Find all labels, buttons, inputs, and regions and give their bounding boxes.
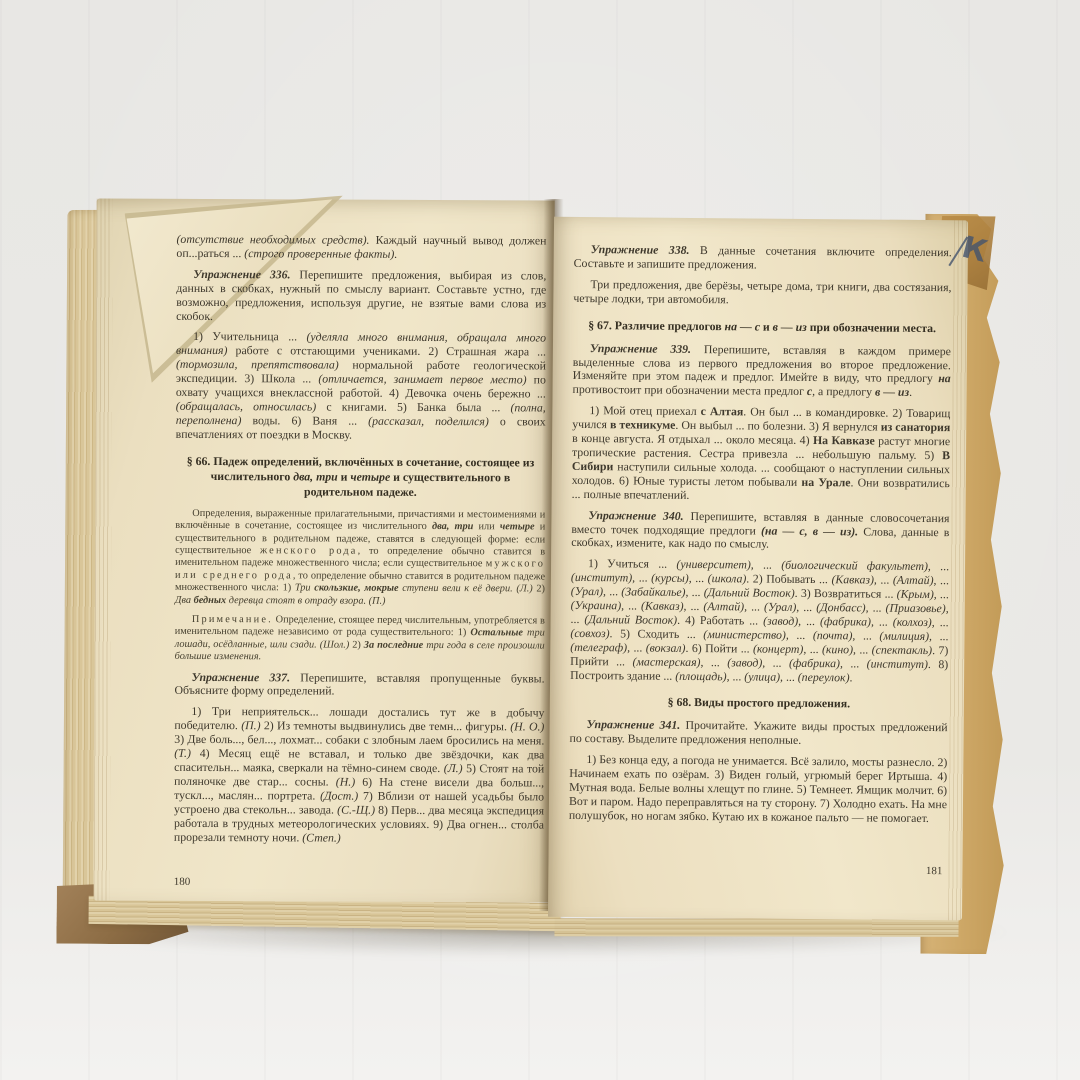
photo-background: (отсутствие необходимых средств). Каждый… <box>0 0 1080 1080</box>
exercise-340-instructions: Упражнение 340. Перепишите, вставляя в д… <box>571 509 949 554</box>
continuation-paragraph: (отсутствие необходимых средств). Каждый… <box>176 233 546 262</box>
section-68-heading: § 68. Виды простого предложения. <box>574 694 944 712</box>
exercise-337-instructions: Упражнение 337. Перепишите, вставляя про… <box>175 670 545 699</box>
exercise-341-items: 1) Без конца еду, а погода не унимается.… <box>569 753 948 826</box>
exercise-337-items: 1) Три неприятельск... лошади достались … <box>174 705 545 846</box>
section-66-note: Примечание. Определение, стоящее перед ч… <box>175 614 545 665</box>
page-number-right: 181 <box>926 865 945 877</box>
section-67-heading: § 67. Различие предлогов на — с и в — из… <box>577 318 947 336</box>
exercise-340-items: 1) Учиться ... (университет), ... (биоло… <box>570 557 949 685</box>
exercise-338-instructions: Упражнение 338. В данные сочетания включ… <box>574 243 952 274</box>
exercise-336-instructions: Упражнение 336. Перепишите предложения, … <box>176 268 546 325</box>
section-66-rule: Определения, выраженные прилагательными,… <box>175 508 545 609</box>
page-left: (отсутствие необходимых средств). Каждый… <box>94 199 555 903</box>
right-page-content: Упражнение 338. В данные сочетания включ… <box>548 217 968 921</box>
page-right: Упражнение 338. В данные сочетания включ… <box>548 217 968 921</box>
exercise-341-instructions: Упражнение 341. Прочитайте. Укажите виды… <box>569 718 947 749</box>
page-stack-bottom-right <box>554 918 958 937</box>
exercise-339-items: 1) Мой отец приехал с Алтая. Он был ... … <box>572 404 951 505</box>
exercise-339-instructions: Упражнение 339. Перепишите, вставляя в к… <box>573 342 951 401</box>
open-book: (отсутствие необходимых средств). Каждый… <box>52 182 1019 964</box>
page-number-left: 180 <box>174 876 191 888</box>
exercise-336-items: 1) Учительница ... (уделяла много вниман… <box>176 330 546 443</box>
section-66-heading: § 66. Падеж определений, включённых в со… <box>179 454 541 501</box>
exercise-338-items: Три предложения, две берёзы, четыре дома… <box>573 278 951 309</box>
left-page-content: (отсутствие необходимых средств). Каждый… <box>94 199 555 903</box>
